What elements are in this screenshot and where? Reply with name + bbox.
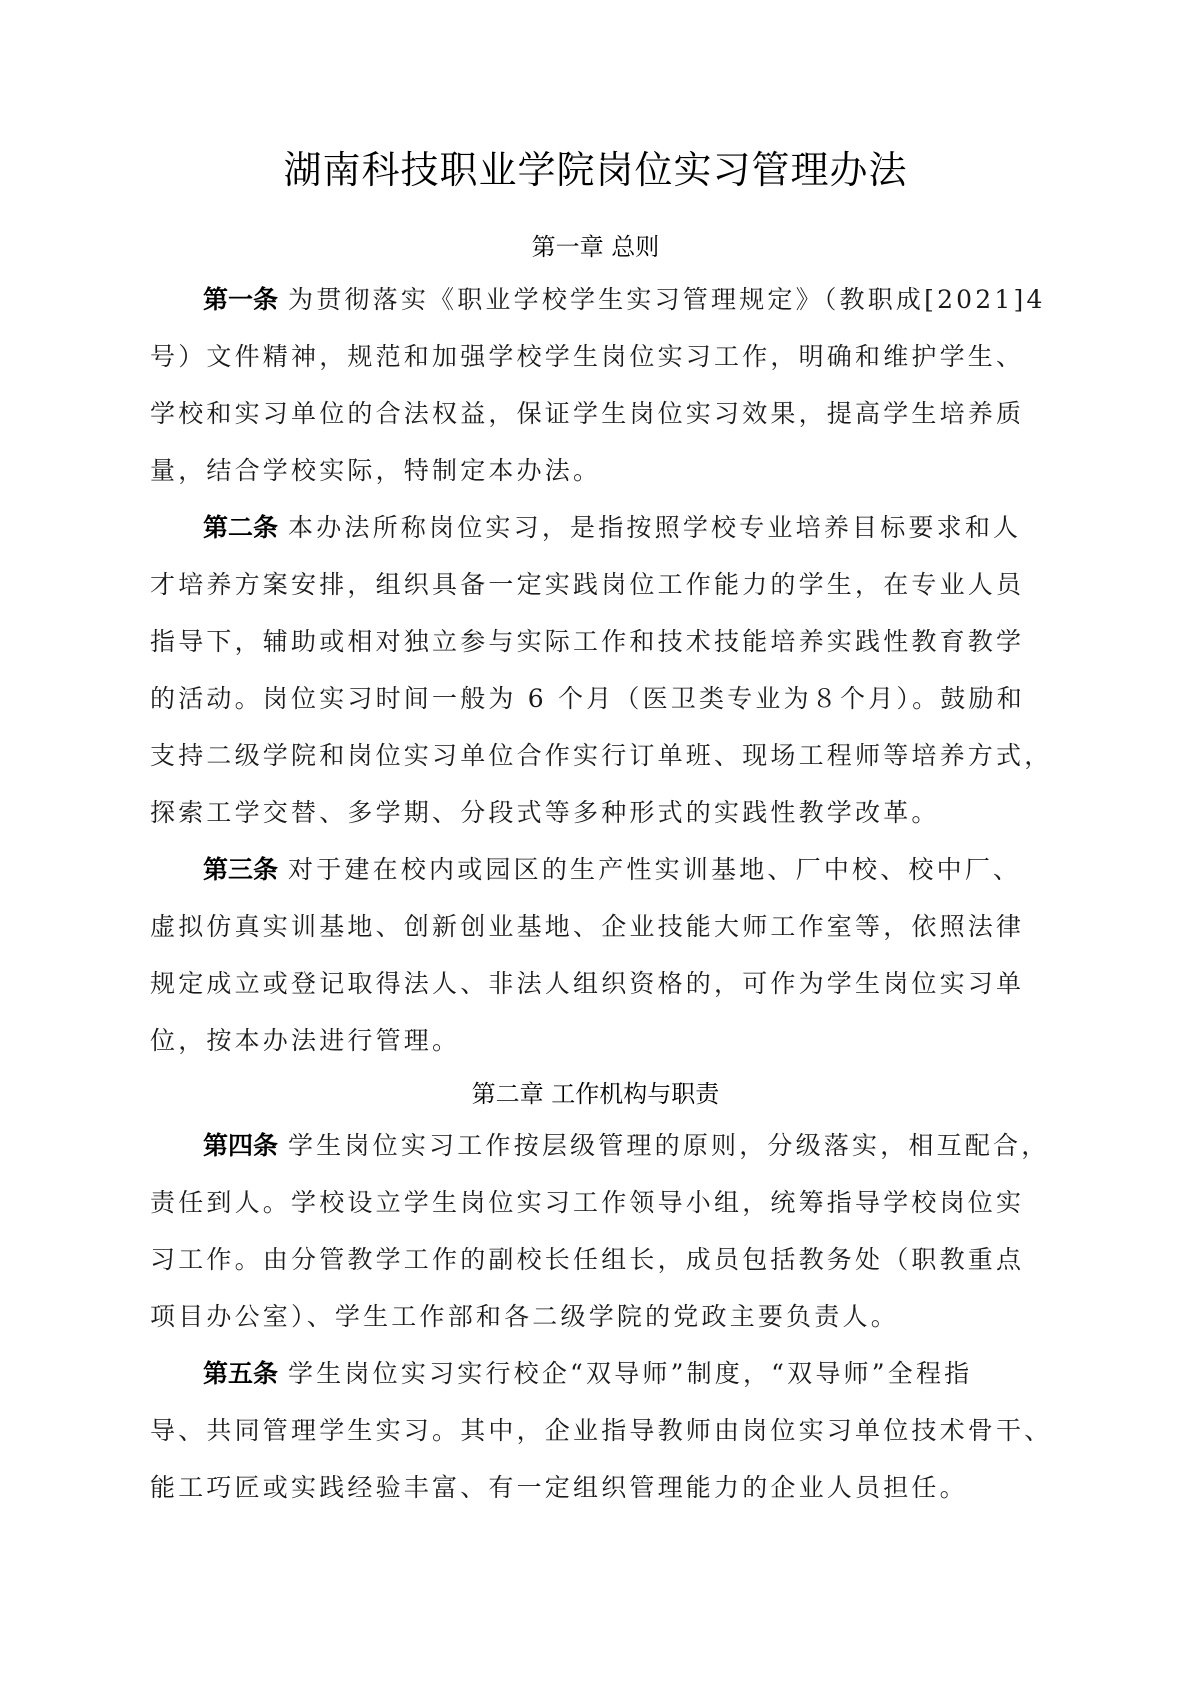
article-4-line-3: 习工作。由分管教学工作的副校长任组长，成员包括教务处（职教重点 [150, 1244, 1040, 1276]
chapter-heading-1: 第一章 总则 [0, 232, 1191, 262]
article-2-line-4: 的活动。岗位实习时间一般为 6 个月（医卫类专业为８个月）。鼓励和 [150, 683, 1040, 715]
article-label: 第四条 [203, 1131, 278, 1160]
article-label: 第三条 [203, 855, 278, 884]
article-4-line-4: 项目办公室）、学生工作部和各二级学院的党政主要负责人。 [150, 1301, 1040, 1333]
chapter-heading-2: 第二章 工作机构与职责 [0, 1079, 1191, 1109]
article-1-line-1: 第一条为贯彻落实《职业学校学生实习管理规定》（教职成[2021]4 [203, 284, 1040, 316]
article-5-line-1: 第五条学生岗位实习实行校企“双导师”制度，“双导师”全程指 [203, 1358, 1040, 1390]
document-page: 湖南科技职业学院岗位实习管理办法 第一章 总则 第一条为贯彻落实《职业学校学生实… [0, 0, 1191, 1684]
article-1-line-4: 量，结合学校实际，特制定本办法。 [150, 455, 1040, 487]
article-label: 第五条 [203, 1359, 278, 1388]
article-3-line-4: 位，按本办法进行管理。 [150, 1025, 1040, 1057]
article-1-line-2: 号）文件精神，规范和加强学校学生岗位实习工作，明确和维护学生、 [150, 341, 1040, 373]
article-5-line-2: 导、共同管理学生实习。其中，企业指导教师由岗位实习单位技术骨干、 [150, 1415, 1040, 1447]
article-text: 为贯彻落实《职业学校学生实习管理规定》（教职成[2021]4 [288, 285, 1046, 314]
article-2-line-6: 探索工学交替、多学期、分段式等多种形式的实践性教学改革。 [150, 797, 1040, 829]
document-title: 湖南科技职业学院岗位实习管理办法 [0, 148, 1191, 192]
article-label: 第一条 [203, 285, 278, 314]
article-2-line-2: 才培养方案安排，组织具备一定实践岗位工作能力的学生，在专业人员 [150, 569, 1040, 601]
article-text: 本办法所称岗位实习，是指按照学校专业培养目标要求和人 [288, 513, 1021, 542]
article-label: 第二条 [203, 513, 278, 542]
article-4-line-1: 第四条学生岗位实习工作按层级管理的原则，分级落实，相互配合， [203, 1130, 1040, 1162]
article-3-line-2: 虚拟仿真实训基地、创新创业基地、企业技能大师工作室等，依照法律 [150, 911, 1040, 943]
article-2-line-1: 第二条本办法所称岗位实习，是指按照学校专业培养目标要求和人 [203, 512, 1040, 544]
article-2-line-5: 支持二级学院和岗位实习单位合作实行订单班、现场工程师等培养方式， [150, 740, 1040, 772]
article-3-line-3: 规定成立或登记取得法人、非法人组织资格的，可作为学生岗位实习单 [150, 968, 1040, 1000]
article-text: 学生岗位实习实行校企“双导师”制度，“双导师”全程指 [288, 1359, 972, 1388]
article-3-line-1: 第三条对于建在校内或园区的生产性实训基地、厂中校、校中厂、 [203, 854, 1040, 886]
article-4-line-2: 责任到人。学校设立学生岗位实习工作领导小组，统筹指导学校岗位实 [150, 1187, 1040, 1219]
article-text: 对于建在校内或园区的生产性实训基地、厂中校、校中厂、 [288, 855, 1021, 884]
article-2-line-3: 指导下，辅助或相对独立参与实际工作和技术技能培养实践性教育教学 [150, 626, 1040, 658]
article-5-line-3: 能工巧匠或实践经验丰富、有一定组织管理能力的企业人员担任。 [150, 1472, 1040, 1504]
article-text: 学生岗位实习工作按层级管理的原则，分级落实，相互配合， [288, 1131, 1049, 1160]
article-1-line-3: 学校和实习单位的合法权益，保证学生岗位实习效果，提高学生培养质 [150, 398, 1040, 430]
